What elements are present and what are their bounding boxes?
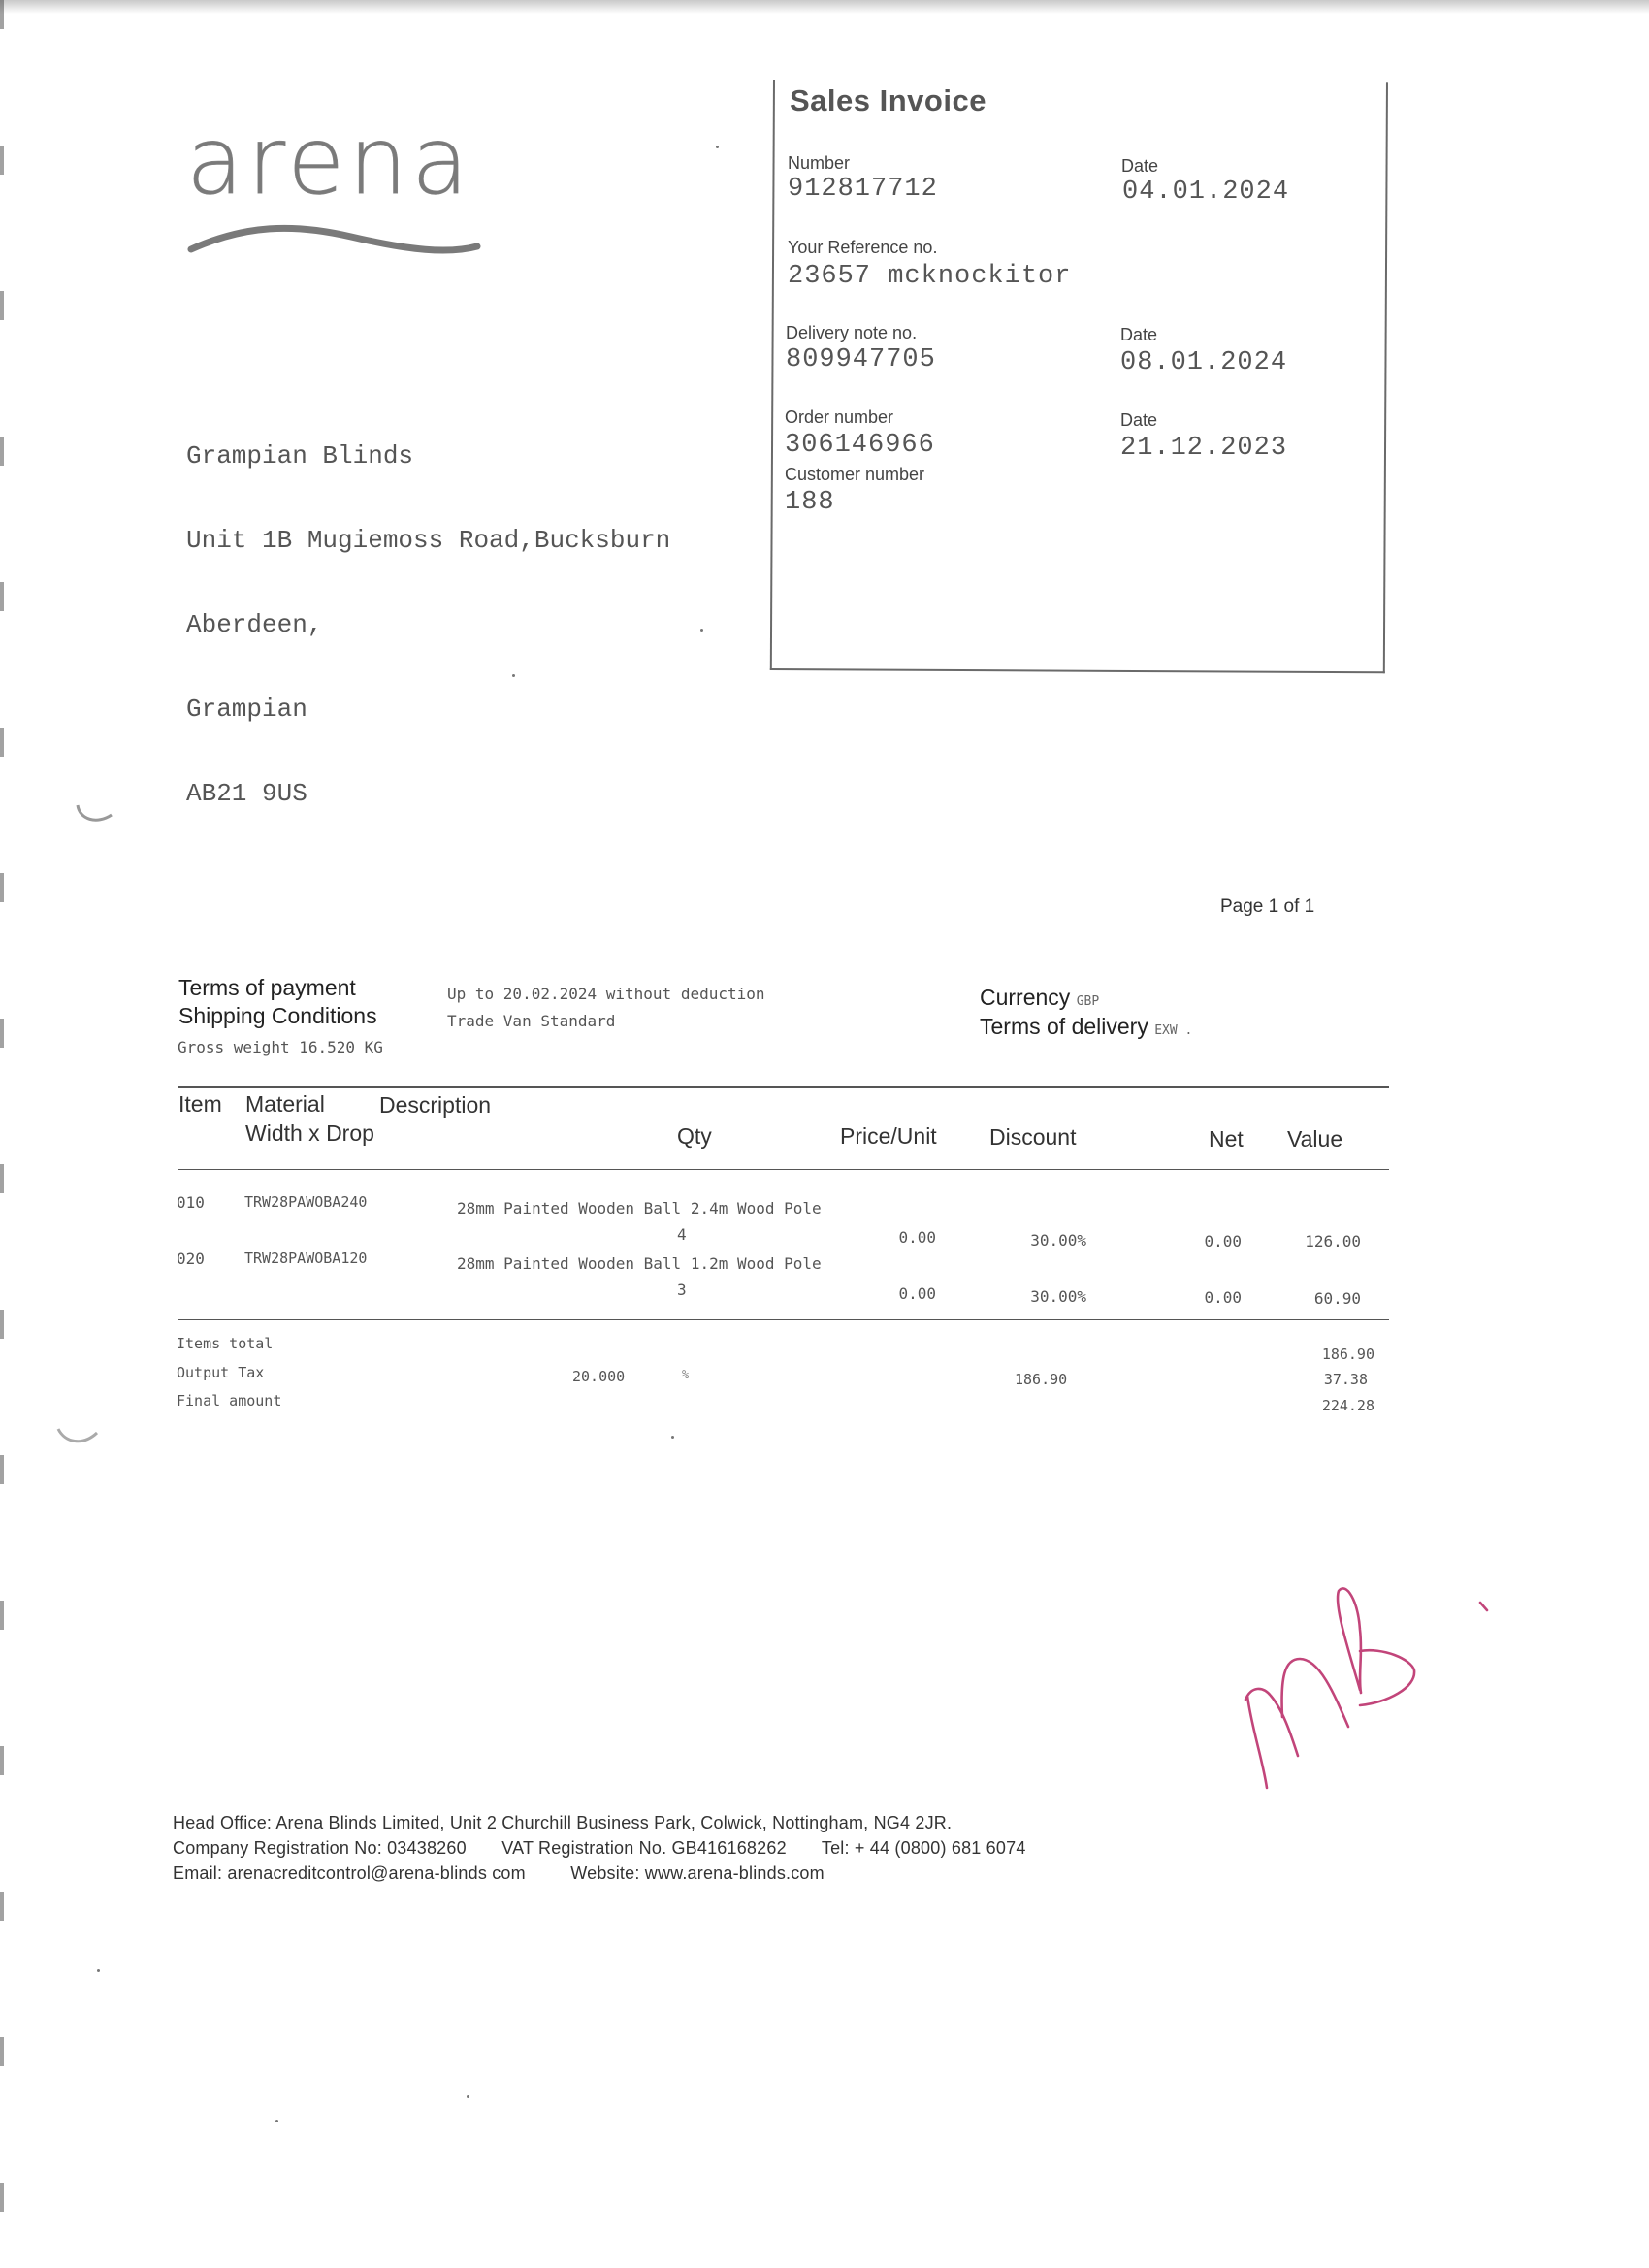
address-line: Aberdeen,: [186, 611, 670, 639]
output-tax-label: Output Tax: [177, 1364, 264, 1381]
shipping-conditions-label: Shipping Conditions: [178, 1003, 377, 1029]
shipping-conditions-value: Trade Van Standard: [447, 1012, 615, 1030]
items-total-label: Items total: [177, 1335, 273, 1352]
invoice-number-label: Number: [788, 153, 850, 174]
row-qty: 3: [677, 1280, 687, 1299]
row-value: 126.00: [1271, 1232, 1361, 1250]
scan-edge-shadow: [0, 0, 1649, 14]
scan-left-edge: [0, 0, 4, 2268]
scan-speck: [275, 2120, 278, 2122]
col-header-price-unit: Price/Unit: [840, 1123, 937, 1150]
punch-hole-mark-icon: [53, 1421, 112, 1460]
scan-speck: [512, 674, 515, 677]
table-bottom-rule: [178, 1319, 1389, 1320]
col-header-discount: Discount: [989, 1124, 1076, 1150]
address-line: Unit 1B Mugiemoss Road,Bucksburn: [186, 527, 670, 555]
delivery-note-label: Delivery note no.: [786, 323, 917, 343]
row-price-unit: 0.00: [863, 1284, 936, 1303]
your-reference-label: Your Reference no.: [788, 238, 937, 258]
arena-logo: arena: [186, 114, 487, 250]
invoice-number: 912817712: [788, 175, 938, 204]
col-header-width-drop: Width x Drop: [245, 1120, 374, 1147]
punch-hole-mark-icon: [68, 781, 126, 839]
delivery-date-label: Date: [1120, 325, 1157, 345]
order-number-label: Order number: [785, 407, 893, 428]
row-qty: 4: [677, 1225, 687, 1244]
your-reference: 23657 mcknockitor: [788, 262, 1071, 291]
email: Email: arenacreditcontrol@arena-blinds c…: [173, 1863, 526, 1883]
company-registration: Company Registration No: 03438260: [173, 1838, 467, 1858]
vat-registration: VAT Registration No. GB416168262: [501, 1838, 787, 1858]
terms-of-delivery-text: Terms of delivery: [980, 1014, 1148, 1039]
tax-base: 186.90: [1015, 1371, 1067, 1388]
row-value: 60.90: [1271, 1289, 1361, 1308]
order-date-label: Date: [1120, 410, 1157, 431]
terms-of-payment-label: Terms of payment: [178, 975, 356, 1001]
registration-line: Company Registration No: 03438260 VAT Re…: [173, 1835, 1026, 1861]
terms-of-delivery-value: EXW .: [1154, 1023, 1192, 1038]
address-line: Grampian: [186, 696, 670, 724]
contact-line: Email: arenacreditcontrol@arena-blinds c…: [173, 1861, 1026, 1886]
logo-wave-icon: [186, 215, 487, 264]
items-total-value: 186.90: [1280, 1345, 1374, 1363]
table-top-rule: [178, 1086, 1389, 1088]
row-discount: 30.00%: [1009, 1231, 1086, 1249]
telephone: Tel: + 44 (0800) 681 6074: [822, 1838, 1026, 1858]
scan-speck: [700, 629, 703, 632]
row-net: 0.00: [1174, 1288, 1242, 1307]
currency-label: Currency GBP: [980, 985, 1099, 1011]
col-header-description: Description: [379, 1092, 491, 1118]
row-net: 0.00: [1174, 1232, 1242, 1250]
final-amount-label: Final amount: [177, 1392, 281, 1409]
invoice-date-label: Date: [1121, 156, 1158, 177]
row-description: 28mm Painted Wooden Ball 2.4m Wood Pole: [457, 1199, 822, 1217]
row-item: 010: [177, 1193, 205, 1212]
tax-rate-unit: %: [682, 1368, 689, 1381]
address-line: Grampian Blinds: [186, 442, 670, 470]
website: Website: www.arena-blinds.com: [570, 1863, 824, 1883]
delivery-date: 08.01.2024: [1120, 348, 1287, 377]
scan-speck: [467, 2095, 469, 2098]
scan-speck: [716, 146, 719, 148]
col-header-item: Item: [178, 1091, 222, 1118]
row-material: TRW28PAWOBA120: [244, 1249, 367, 1267]
terms-of-delivery-label: Terms of delivery EXW .: [980, 1014, 1192, 1040]
terms-of-payment-value: Up to 20.02.2024 without deduction: [447, 985, 765, 1003]
currency-value: GBP: [1077, 994, 1099, 1009]
customer-number-label: Customer number: [785, 465, 924, 485]
bill-to-address: Grampian Blinds Unit 1B Mugiemoss Road,B…: [186, 386, 670, 836]
col-header-value: Value: [1287, 1126, 1342, 1152]
scan-speck: [97, 1969, 100, 1972]
invoice-title: Sales Invoice: [790, 83, 986, 118]
row-material: TRW28PAWOBA240: [244, 1193, 367, 1211]
head-office-line: Head Office: Arena Blinds Limited, Unit …: [173, 1810, 1026, 1835]
gross-weight: Gross weight 16.520 KG: [178, 1038, 383, 1056]
delivery-note-number: 809947705: [786, 345, 936, 374]
tax-rate: 20.000: [572, 1368, 625, 1385]
col-header-material: Material: [245, 1091, 325, 1118]
invoice-info-box: [770, 80, 1388, 673]
page-indicator: Page 1 of 1: [1220, 896, 1314, 918]
row-item: 020: [177, 1249, 205, 1268]
customer-number: 188: [785, 488, 835, 517]
currency-label-text: Currency: [980, 985, 1070, 1010]
row-description: 28mm Painted Wooden Ball 1.2m Wood Pole: [457, 1254, 822, 1273]
company-footer: Head Office: Arena Blinds Limited, Unit …: [173, 1810, 1026, 1886]
order-number: 306146966: [785, 431, 935, 460]
tax-amount: 37.38: [1280, 1371, 1368, 1388]
order-date: 21.12.2023: [1120, 434, 1287, 463]
scan-speck: [671, 1436, 674, 1439]
table-header-rule: [178, 1169, 1389, 1170]
invoice-date: 04.01.2024: [1122, 178, 1289, 207]
handwritten-initials-mb-icon: [1212, 1562, 1503, 1814]
col-header-net: Net: [1209, 1126, 1244, 1152]
address-line: AB21 9US: [186, 780, 670, 808]
final-amount-value: 224.28: [1280, 1397, 1374, 1414]
row-discount: 30.00%: [1009, 1287, 1086, 1306]
row-price-unit: 0.00: [863, 1228, 936, 1247]
col-header-qty: Qty: [677, 1123, 712, 1150]
logo-wordmark: arena: [186, 114, 487, 208]
